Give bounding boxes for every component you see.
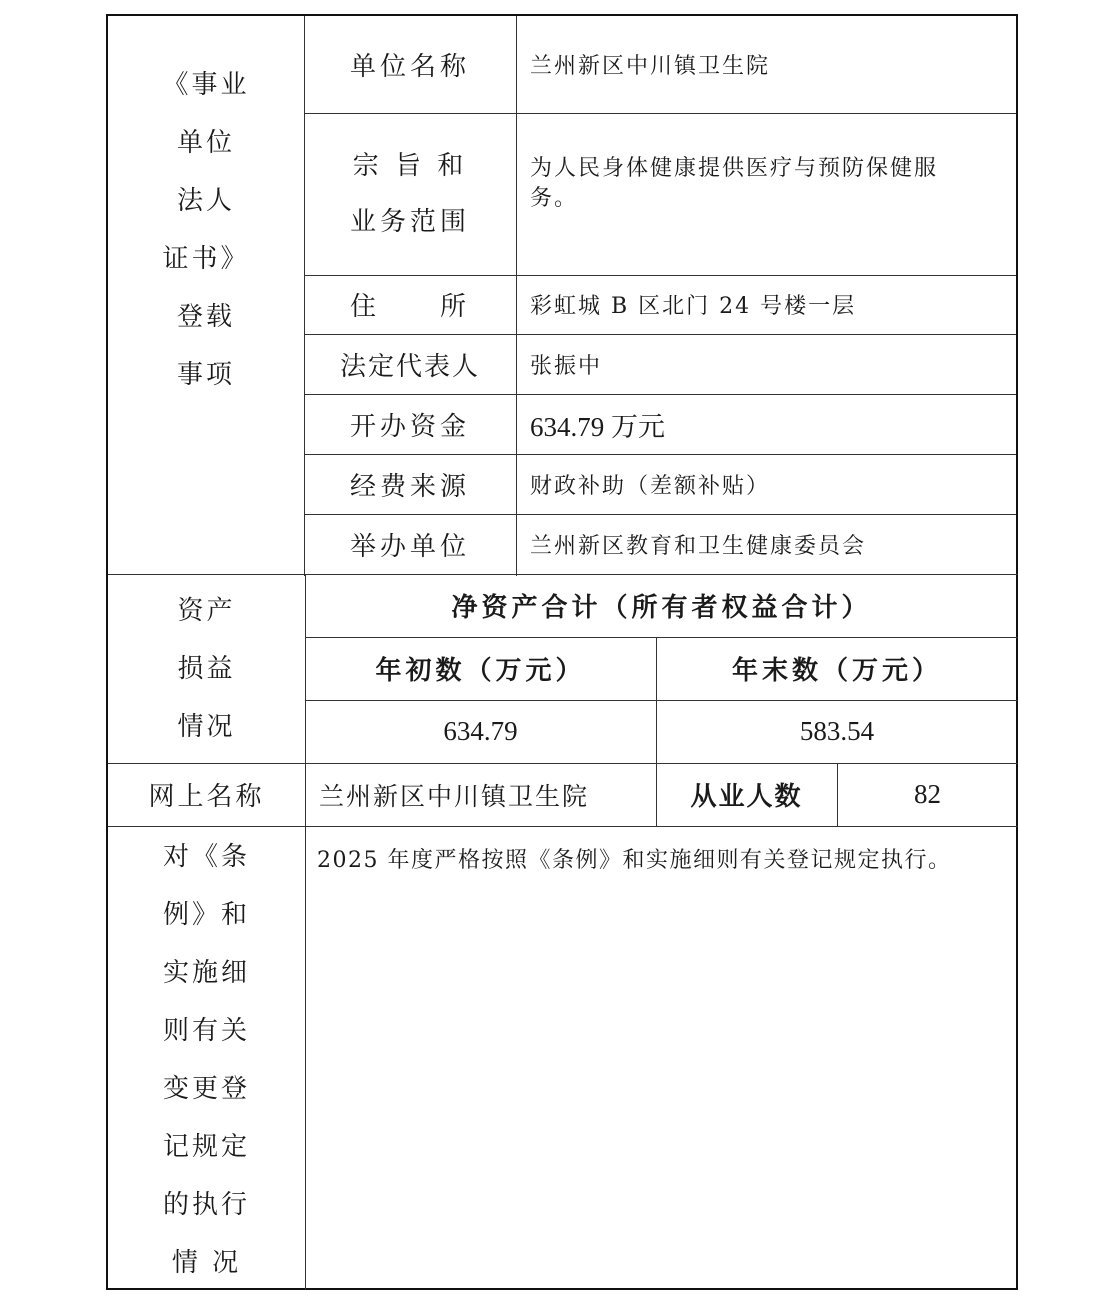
title-line: 变更登: [163, 1060, 250, 1118]
title-line: 单位: [177, 114, 235, 172]
online-name-value: 兰州新区中川镇卫生院: [305, 763, 656, 826]
label-line: 业务范围: [350, 194, 470, 250]
assets-section-title: 资产 损益 情况: [108, 574, 305, 763]
online-name-label: 网上名称: [108, 763, 305, 826]
purpose-scope-value: 为人民身体健康提供医疗与预防保健服 务。: [516, 113, 1016, 275]
address-label: 住 所: [304, 275, 516, 334]
sponsor-value: 兰州新区教育和卫生健康委员会: [516, 514, 1016, 574]
legal-representative-label: 法定代表人: [304, 334, 516, 394]
funding-source-label: 经费来源: [304, 454, 516, 514]
registration-section-title: 《事业 单位 法人 证书》 登载 事项: [108, 16, 304, 574]
start-capital-label: 开办资金: [304, 394, 516, 454]
unit-name-label: 单位名称: [304, 16, 516, 113]
title-line: 损益: [177, 640, 235, 698]
legal-representative-value: 张振中: [516, 334, 1016, 394]
title-line: 对《条: [163, 828, 250, 886]
title-line: 情 况: [172, 1234, 241, 1292]
title-line: 例》和: [163, 886, 250, 944]
end-of-year-label: 年末数（万元）: [656, 637, 1018, 700]
title-line: 情况: [177, 698, 235, 756]
value-line: 务。: [530, 184, 578, 214]
end-of-year-value: 583.54: [656, 700, 1018, 763]
title-line: 法人: [177, 172, 235, 230]
title-line: 资产: [177, 582, 235, 640]
compliance-statement: 2025 年度严格按照《条例》和实施细则有关登记规定执行。: [305, 826, 1018, 890]
title-line: 登载: [177, 288, 235, 346]
start-capital-value: 634.79 万元: [516, 394, 1016, 454]
purpose-scope-label: 宗 旨 和 业务范围: [304, 113, 516, 275]
staff-count-value: 82: [837, 763, 1018, 826]
sponsor-label: 举办单位: [304, 514, 516, 574]
title-line: 《事业: [162, 56, 249, 114]
label-line: 宗 旨 和: [353, 138, 468, 194]
compliance-section-title: 对《条 例》和 实施细 则有关 变更登 记规定 的执行 情 况: [108, 826, 305, 1290]
address-value: 彩虹城 B 区北门 24 号楼一层: [516, 275, 1016, 334]
title-line: 证书》: [162, 230, 249, 288]
staff-count-label: 从业人数: [656, 763, 837, 826]
title-line: 事项: [177, 346, 235, 404]
title-line: 记规定: [163, 1118, 250, 1176]
title-line: 则有关: [163, 1002, 250, 1060]
title-line: 实施细: [163, 944, 250, 1002]
unit-name-value: 兰州新区中川镇卫生院: [516, 16, 1016, 113]
start-of-year-label: 年初数（万元）: [305, 637, 656, 700]
start-of-year-value: 634.79: [305, 700, 656, 763]
value-line: 为人民身体健康提供医疗与预防保健服: [530, 154, 938, 184]
net-assets-header: 净资产合计（所有者权益合计）: [305, 574, 1018, 637]
funding-source-value: 财政补助（差额补贴）: [516, 454, 1016, 514]
title-line: 的执行: [163, 1176, 250, 1234]
